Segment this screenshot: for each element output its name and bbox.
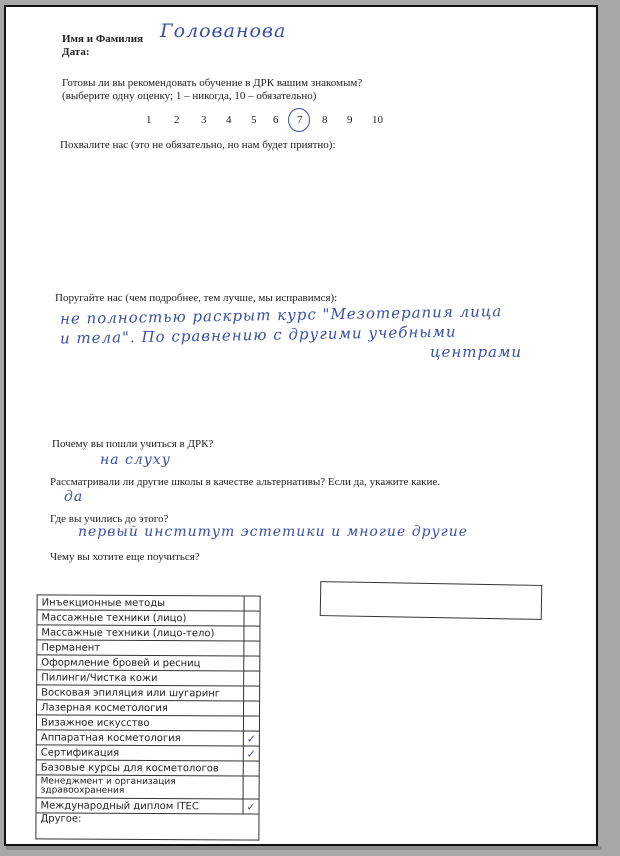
option-label: Пилинги/Чистка кожи: [37, 670, 244, 686]
criticize-answer-line-3: центрами: [430, 343, 522, 361]
option-label: Лазерная косметология: [37, 700, 244, 716]
selected-rating-circle: [288, 108, 310, 132]
option-checkbox[interactable]: [244, 671, 260, 686]
option-other-label[interactable]: Другое:: [36, 813, 259, 840]
alternatives-answer: да: [64, 489, 83, 505]
option-row: Инъекционные методы: [37, 595, 260, 611]
option-checkbox[interactable]: ✓: [243, 746, 259, 761]
option-label: Визажное искусство: [36, 715, 243, 731]
question-recommend-hint: (выберите одну оценку; 1 – никогда, 10 –…: [62, 90, 316, 102]
question-criticize: Поругайте нас (чем подробнее, тем лучше,…: [55, 292, 337, 304]
rating-10[interactable]: 10: [372, 114, 383, 126]
option-checkbox[interactable]: [244, 701, 260, 716]
option-label: Оформление бровей и ресниц: [37, 655, 244, 671]
rating-2[interactable]: 2: [174, 114, 180, 126]
question-recommend: Готовы ли вы рекомендовать обучение в ДР…: [62, 77, 362, 89]
where-before-answer: первый институт эстетики и многие другие: [78, 524, 468, 540]
rating-8[interactable]: 8: [322, 114, 328, 126]
course-options-table: Инъекционные методы Массажные техники (л…: [35, 594, 260, 840]
option-row: Лазерная косметология: [37, 700, 260, 716]
option-label: Массажные техники (лицо-тело): [37, 625, 244, 641]
question-alternatives: Рассматривали ли другие школы в качестве…: [50, 476, 440, 488]
option-label: Менеджмент и организация здравоохранения: [36, 775, 243, 799]
option-checkbox[interactable]: [243, 776, 259, 799]
rating-4[interactable]: 4: [226, 114, 232, 126]
option-label: Международный диплом ITEC: [36, 798, 243, 814]
rating-5[interactable]: 5: [251, 114, 257, 126]
question-praise: Похвалите нас (это не обязательно, но на…: [60, 139, 336, 151]
option-label: Аппаратная косметология: [36, 730, 243, 746]
option-label: Перманент: [37, 640, 244, 656]
option-row: Пилинги/Чистка кожи: [37, 670, 260, 686]
option-row: Базовые курсы для косметологов: [36, 760, 259, 776]
option-checkbox[interactable]: [244, 611, 260, 626]
page-shadow: [6, 846, 602, 850]
rating-1[interactable]: 1: [146, 114, 152, 126]
option-row: Восковая эпиляция или шугаринг: [37, 685, 260, 701]
option-checkbox[interactable]: [243, 716, 259, 731]
question-want-learn: Чему вы хотите еще поучиться?: [50, 551, 200, 563]
option-row: Международный диплом ITEC✓: [36, 798, 259, 814]
option-label: Восковая эпиляция или шугаринг: [37, 685, 244, 701]
option-row: Визажное искусство: [36, 715, 259, 731]
rating-3[interactable]: 3: [201, 114, 207, 126]
option-row: Сертификация✓: [36, 745, 259, 761]
rating-6[interactable]: 6: [273, 114, 279, 126]
option-row: Перманент: [37, 640, 260, 656]
name-value: Голованова: [160, 20, 286, 42]
option-label: Инъекционные методы: [37, 595, 244, 611]
option-row: Менеджмент и организация здравоохранения: [36, 775, 259, 799]
option-checkbox[interactable]: [244, 686, 260, 701]
option-checkbox[interactable]: [244, 596, 260, 611]
name-label: Имя и Фамилия: [62, 33, 143, 45]
option-label: Массажные техники (лицо): [37, 610, 244, 626]
rating-9[interactable]: 9: [347, 114, 353, 126]
option-checkbox[interactable]: [243, 761, 259, 776]
option-checkbox[interactable]: [244, 641, 260, 656]
option-checkbox[interactable]: ✓: [243, 799, 259, 814]
option-row-other: Другое:: [36, 813, 259, 840]
option-checkbox[interactable]: [244, 626, 260, 641]
date-label: Дата:: [62, 46, 89, 58]
option-label: Сертификация: [36, 745, 243, 761]
option-row: Массажные техники (лицо-тело): [37, 625, 260, 641]
option-row: Массажные техники (лицо): [37, 610, 260, 626]
option-checkbox[interactable]: ✓: [243, 731, 259, 746]
option-label: Базовые курсы для косметологов: [36, 760, 243, 776]
option-row: Аппаратная косметология✓: [36, 730, 259, 746]
why-answer: на слуху: [100, 452, 171, 468]
question-why: Почему вы пошли учиться в ДРК?: [52, 438, 213, 450]
option-row: Оформление бровей и ресниц: [37, 655, 260, 671]
empty-answer-box[interactable]: [320, 581, 543, 620]
option-checkbox[interactable]: [244, 656, 260, 671]
